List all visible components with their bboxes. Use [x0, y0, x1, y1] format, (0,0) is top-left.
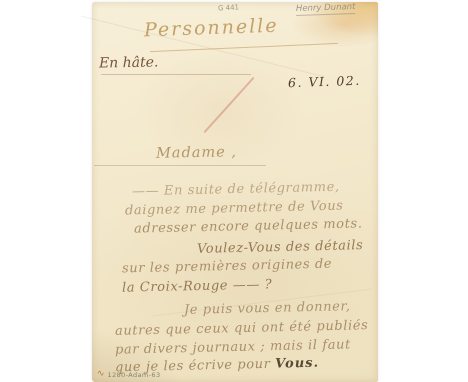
- catalog-number-pencil-note: G 441: [218, 3, 239, 12]
- body-line: Je puis vous en donner,: [184, 299, 351, 318]
- ink-squiggle-icon: ∿: [97, 370, 105, 379]
- privacy-note-underline: [150, 43, 338, 52]
- letter-paper: G 441 Henry Dunant Personnelle En hâte. …: [92, 2, 378, 382]
- letter-photograph: G 441 Henry Dunant Personnelle En hâte. …: [0, 0, 468, 382]
- haste-note-underline: [101, 74, 251, 75]
- footer-mark: ∿ 1280-Adam-63: [97, 370, 160, 379]
- letter-date: 6. VI. 02.: [288, 73, 361, 91]
- body-line: adresser encore quelques mots.: [134, 216, 363, 236]
- haste-note: En hâte.: [99, 54, 159, 71]
- horizontal-crease: [94, 165, 266, 166]
- author-name-pencil-note: Henry Dunant: [296, 2, 356, 16]
- body-line: Voulez-Vous des détails: [197, 238, 364, 257]
- salutation: Madame ,: [156, 144, 237, 161]
- body-line: —— En suite de télégramme,: [132, 180, 340, 200]
- body-line: par divers journaux ; mais il faut: [115, 337, 351, 357]
- red-pencil-mark: [203, 77, 254, 133]
- body-line: la Croix-Rouge —— ?: [122, 277, 273, 295]
- body-line: daignez me permettre de Vous: [125, 199, 344, 219]
- footer-catalog-text: 1280-Adam-63: [108, 371, 161, 379]
- body-line: sur les premières origines de: [122, 257, 332, 277]
- body-line: autres que ceux qui ont été publiés: [115, 318, 369, 339]
- privacy-note: Personnelle: [144, 15, 279, 42]
- emphasized-word: Vous.: [275, 356, 319, 372]
